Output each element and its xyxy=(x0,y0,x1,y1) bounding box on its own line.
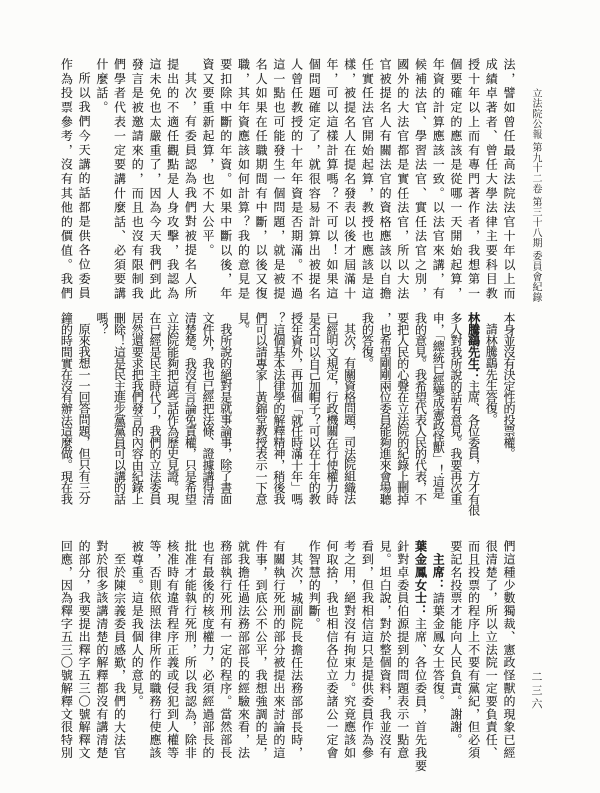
text-column: 嗎？ xyxy=(92,312,110,510)
text-column: 主席：請葉金鳳女士答復。 xyxy=(428,540,446,760)
text-column: 也有最後的核度權力，必須經過部長的 xyxy=(198,540,216,760)
text-column: 針對卓委員伯源提到的問題表示一點意 xyxy=(393,540,411,760)
text-column: 任實任法官開始起算，教授也應該是這 xyxy=(358,58,376,303)
register-top: 法，譬如曾任最高法院法官十年以上而成績卓著者、曾任大學法律主要科目教授十年以上而… xyxy=(57,58,517,303)
text-column: 批准才能執行死刑，所以我認為，除非 xyxy=(181,540,199,760)
text-column: 們這種少數獨裁、憲政怪獸的現象已經 xyxy=(499,540,517,760)
text-column: 有關執行死刑的部分被提出來討論的這 xyxy=(269,540,287,760)
text-column: 什麼話。 xyxy=(92,58,110,303)
text-column: 官被提名人有關法官的資格應該以自擔 xyxy=(375,58,393,303)
text-column: 法，譬如曾任最高法院法官十年以上而 xyxy=(499,58,517,303)
text-column: 個問題確定了，就很容易計算出被提名 xyxy=(305,58,323,303)
text-column: 鐘的時間實在沒有辦法這麼做。現在我 xyxy=(57,312,75,510)
text-column: 要記名投票才能向人民負責。謝謝。 xyxy=(446,540,464,760)
text-column: 資又要重新起算，也不大公平。 xyxy=(198,58,216,303)
text-column: 葉金鳳女士：主席、各位委員，首先我要 xyxy=(411,540,429,760)
text-column: 回應，因為釋字五三〇號解釋文很特別 xyxy=(57,540,75,760)
text-column: 這未免也太嚴重了，因為今天我們到此 xyxy=(145,58,163,303)
text-column: 至於陳宗義委員感歎，我們的大法官 xyxy=(110,540,128,760)
text-column: 務部執行死刑有一定的程序。當然部長 xyxy=(216,540,234,760)
text-column: ？這個基本法律學的解釋精神，稍後我 xyxy=(269,312,287,510)
text-column: 被尊重。這是我個人的意見。 xyxy=(128,540,146,760)
text-column: 我的意見。我希望代表人民的代表，不 xyxy=(411,312,429,510)
text-column: 授十年以上而有專門著作者，我想第一 xyxy=(464,58,482,303)
text-column: 立法院能夠把這些話作為歷史見證。現 xyxy=(163,312,181,510)
register-middle: 本身並沒有決定性的投票權。請林騰鷂先生答復。林騰鷂先生：主席、各位委員，方才有很… xyxy=(57,312,517,510)
text-column: 原來我想一一回答問題，但只有三分 xyxy=(74,312,92,510)
text-column: 所以我們今天講的話都是供各位委員 xyxy=(74,58,92,303)
text-column: 們可以請專家—黃錦堂教授表示一下意 xyxy=(251,312,269,510)
text-column: 考之用，絕對沒有拘束力。究竟應該如 xyxy=(340,540,358,760)
text-column: 在已經是民主時代了，我們的立法委員 xyxy=(145,312,163,510)
text-column: 其次，有委員認為我們對被提名人所 xyxy=(181,58,199,303)
text-column: 居然還要求把我們發言的內容由紀錄上 xyxy=(128,312,146,510)
text-column: 文件外，我也已經把法條、證據講得清 xyxy=(198,312,216,510)
text-column: 已經明文規定，行政機關在行使權力時 xyxy=(322,312,340,510)
text-column: 核准時有違背程序正義或侵犯到人權等 xyxy=(163,540,181,760)
text-column: 看到，但我相信這只是提供委員作為參 xyxy=(358,540,376,760)
text-column: 件事，到底公不公平，我想強調的是， xyxy=(251,540,269,760)
text-column: 多人對我所說的話有意見。我要再次重 xyxy=(446,312,464,510)
text-column: 名人如果在任職期間有中斷，以後又復 xyxy=(251,58,269,303)
speaker-name: 葉金鳳女士： xyxy=(413,540,427,617)
text-column: 是否可以自己加帽子？可以在十年的教 xyxy=(305,312,323,510)
text-column: 我所說的絕對是就事論事，除了書面 xyxy=(216,312,234,510)
text-column: 本身並沒有決定性的投票權。 xyxy=(499,312,517,510)
text-column: 的部分，我要提出釋字五三〇號解釋文 xyxy=(74,540,92,760)
speaker-name: 主席： xyxy=(431,553,445,592)
text-column: 年資的計算應該一致。以法官來講，有 xyxy=(428,58,446,303)
text-column: 申，「總統已經變成憲政怪獸」！這是 xyxy=(428,312,446,510)
text-column: 要扣除中斷的年資。如果中斷以後，年 xyxy=(216,58,234,303)
text-column: 職，其年資應該如何計算？我的意見是 xyxy=(234,58,252,303)
text-column: 國外的大法官都是實任法官，所以大法 xyxy=(393,58,411,303)
text-column: 其次，城副院長擔任法務部部長時， xyxy=(287,540,305,760)
text-column: 們學者代表一定要講什麼話、必須要講 xyxy=(110,58,128,303)
text-column: 對於很多該講清楚的解釋都沒有講清楚 xyxy=(92,540,110,760)
text-column: 何取捨，我也相信各位立委諸公一定會 xyxy=(322,540,340,760)
text-column: 這一點也可能發生一個問題，就是被提 xyxy=(269,58,287,303)
text-column: 候補法官、學習法官、實任法官之別， xyxy=(411,58,429,303)
text-column: 授年資外，再加個「就任時滿十年」嗎 xyxy=(287,312,305,510)
text-column: 刪除！這是民主進步黨黨員可以講的話 xyxy=(110,312,128,510)
text-column: 其次，有關資格問題，司法院組織法 xyxy=(340,312,358,510)
text-column: 見。坦白說，對於整個資料，我並沒有 xyxy=(375,540,393,760)
text-column: 請林騰鷂先生答復。 xyxy=(482,312,500,510)
text-column: 作為投票參考，沒有其他的價值。我們 xyxy=(57,58,75,303)
text-column: 提出的不適任觀點是人身攻擊，我認為 xyxy=(163,58,181,303)
text-column: 樣，被提名人在提名發表以後才屆滿十 xyxy=(340,58,358,303)
text-column: 個要確定的應該是從哪一天開始起算， xyxy=(446,58,464,303)
text-column: 發言是被邀請來的，而且也沒有限制我 xyxy=(128,58,146,303)
text-column: 林騰鷂先生：主席、各位委員，方才有很 xyxy=(464,312,482,510)
text-column: 要把人民的心聲在立法院的紀錄上刪掉 xyxy=(393,312,411,510)
text-column: 作智慧的判斷。 xyxy=(305,540,323,760)
text-column: 而且投票的程序上不要有黨紀，但必須 xyxy=(464,540,482,760)
text-column: 見。 xyxy=(234,312,252,510)
text-column: 人曾任教授的十年年資是否期滿。不過 xyxy=(287,58,305,303)
speaker-name: 林騰鷂先生： xyxy=(467,312,481,380)
gazette-scanned-page: 立法院公報 第九十二卷 第三十八期 委員會紀錄 二三六 法，譬如曾任最高法院法官… xyxy=(0,0,600,793)
page-number: 二三六 xyxy=(528,671,544,712)
text-column: 就我擔任過法務部部長的經驗來看，法 xyxy=(234,540,252,760)
text-column: 我的答復。 xyxy=(358,312,376,510)
text-column: 清楚楚。我沒有言論免責權，只是希望 xyxy=(181,312,199,510)
text-column: 成績卓著者、曾任大學法律主要科目教 xyxy=(482,58,500,303)
text-column: 很清楚了，所以立法院一定要負責任、 xyxy=(482,540,500,760)
gazette-running-head: 立法院公報 第九十二卷 第三十八期 委員會紀錄 xyxy=(528,88,543,302)
text-column: ，也希望剛剛兩位委員能夠進來會場聽 xyxy=(375,312,393,510)
text-column: 等，否則依照法律所作的職務行使應該 xyxy=(145,540,163,760)
text-column: 年，可以這樣計算嗎？不可以！如果這 xyxy=(322,58,340,303)
register-bottom: 們這種少數獨裁、憲政怪獸的現象已經很清楚了，所以立法院一定要負責任、而且投票的程… xyxy=(57,540,517,760)
